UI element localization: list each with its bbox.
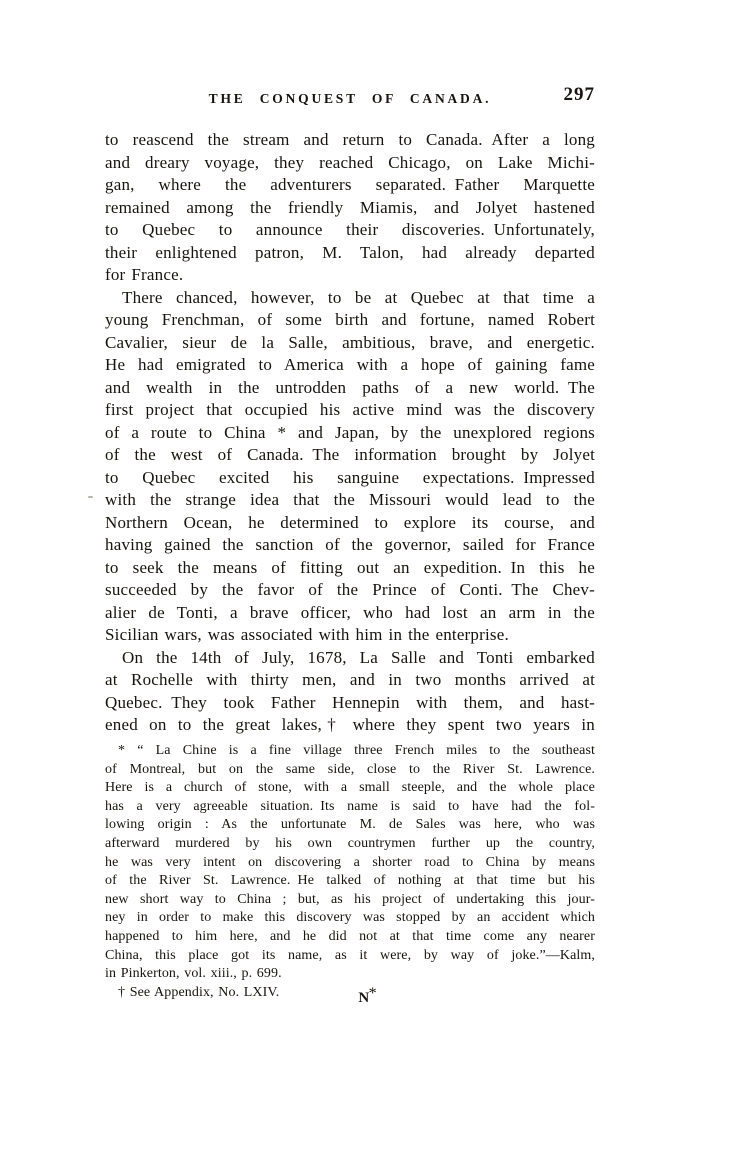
- footnote-line: China, this place got its name, as it we…: [105, 947, 595, 966]
- footnote-line: afterward murdered by his own countrymen…: [105, 835, 595, 854]
- body-line: Northern Ocean, he determined to explore…: [105, 512, 595, 535]
- body-line: remained among the friendly Miamis, and …: [105, 197, 595, 220]
- body-line: and dreary voyage, they reached Chicago,…: [105, 152, 595, 175]
- footnote-line: has a very agreeable situation. Its name…: [105, 798, 595, 817]
- body-line: gan, where the adventurers separated. Fa…: [105, 174, 595, 197]
- footnote-line: of the River St. Lawrence. He talked of …: [105, 872, 595, 891]
- footnote-line: Here is a church of stone, with a small …: [105, 779, 595, 798]
- signature-asterisk: *: [369, 985, 377, 1002]
- page-header: THE CONQUEST OF CANADA. 297: [105, 88, 595, 112]
- body-line: and wealth in the untrodden paths of a n…: [105, 377, 595, 400]
- footnote-block: * “ La Chine is a fine village three Fre…: [105, 742, 595, 1002]
- body-line: having gained the sanction of the govern…: [105, 534, 595, 557]
- body-line: ened on to the great lakes,† where they …: [105, 714, 595, 737]
- body-line: Quebec. They took Father Hennepin with t…: [105, 692, 595, 715]
- body-line: at Rochelle with thirty men, and in two …: [105, 669, 595, 692]
- footnote-line: happened to him here, and he did not at …: [105, 928, 595, 947]
- body-line: Sicilian wars, was associated with him i…: [105, 624, 595, 647]
- footnote-line: * “ La Chine is a fine village three Fre…: [105, 742, 595, 761]
- body-text: to reascend the stream and return to Can…: [105, 129, 595, 737]
- body-line: On the 14th of July, 1678, La Salle and …: [105, 647, 595, 670]
- body-line: succeeded by the favor of the Prince of …: [105, 579, 595, 602]
- body-line: There chanced, however, to be at Quebec …: [105, 287, 595, 310]
- scan-artifact: [88, 496, 93, 498]
- body-line: with the strange idea that the Missouri …: [105, 489, 595, 512]
- body-line: alier de Tonti, a brave officer, who had…: [105, 602, 595, 625]
- signature-letter: N: [358, 990, 369, 1006]
- footnote-line: in Pinkerton, vol. xiii., p. 699.: [105, 965, 595, 984]
- body-line: their enlightened patron, M. Talon, had …: [105, 242, 595, 265]
- body-line: of a route to China * and Japan, by the …: [105, 422, 595, 445]
- running-title: THE CONQUEST OF CANADA.: [105, 91, 595, 107]
- body-line: for France.: [105, 264, 595, 287]
- body-line: to Quebec to announce their discoveries.…: [105, 219, 595, 242]
- footnote-line: lowing origin : As the unfortunate M. de…: [105, 816, 595, 835]
- page-number: 297: [564, 84, 596, 106]
- body-line: first project that occupied his active m…: [105, 399, 595, 422]
- body-line: young Frenchman, of some birth and fortu…: [105, 309, 595, 332]
- footnote-line: new short way to China ; but, as his pro…: [105, 891, 595, 910]
- footnote-line: ney in order to make this discovery was …: [105, 909, 595, 928]
- footnote-line: he was very intent on discovering a shor…: [105, 854, 595, 873]
- book-page: THE CONQUEST OF CANADA. 297 to reascend …: [0, 0, 744, 1162]
- body-line: to reascend the stream and return to Can…: [105, 129, 595, 152]
- signature-mark: N*: [105, 989, 595, 1007]
- footnote-line: of Montreal, but on the same side, close…: [105, 761, 595, 780]
- body-line: Cavalier, sieur de la Salle, ambitious, …: [105, 332, 595, 355]
- body-line: He had emigrated to America with a hope …: [105, 354, 595, 377]
- body-line: of the west of Canada. The information b…: [105, 444, 595, 467]
- body-line: to seek the means of fitting out an expe…: [105, 557, 595, 580]
- body-line: to Quebec excited his sanguine expectati…: [105, 467, 595, 490]
